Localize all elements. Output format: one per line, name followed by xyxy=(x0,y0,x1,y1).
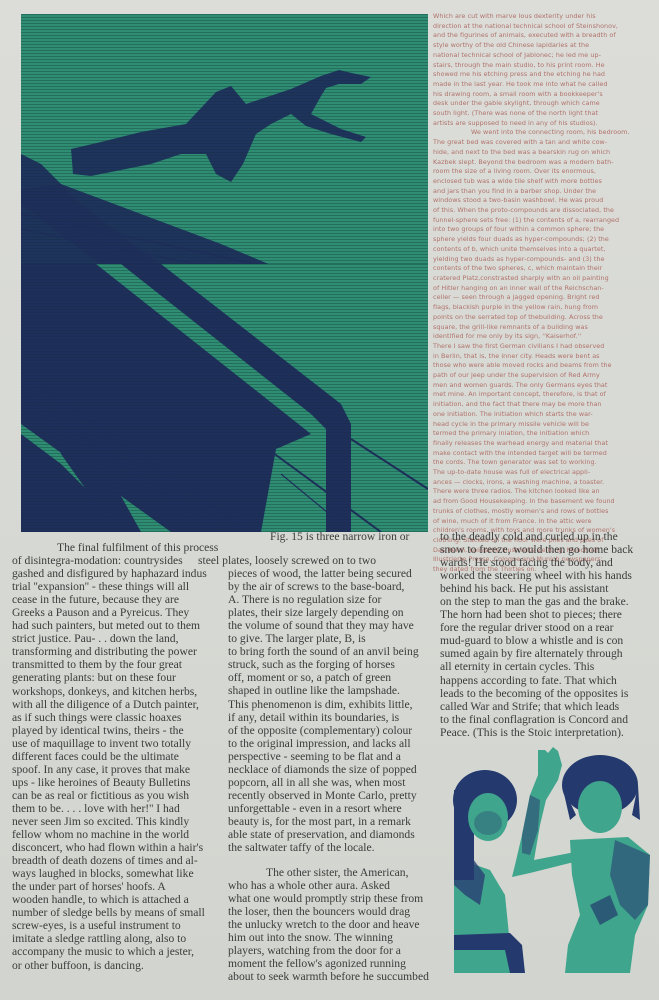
text-line: desk under the gable skylight, through w… xyxy=(433,99,600,107)
text-line: The great bed was covered with a tan and… xyxy=(433,138,607,146)
text-line: beauty is, for the most part, in a remar… xyxy=(228,815,440,828)
text-line: The final fulfilment of this process xyxy=(12,541,224,554)
text-line: wooden handle, to which is attached a xyxy=(12,893,224,906)
text-line: sphere yields four duads as hyper-compou… xyxy=(433,235,609,243)
text-line: by the air of screws to the base-board, xyxy=(228,580,440,593)
text-line: Kazbek slept. Beyond the bedroom was a m… xyxy=(433,158,614,166)
text-line: finally releases the warhead energy and … xyxy=(433,439,608,447)
text-line: had such painters, but meted out to them xyxy=(12,619,224,632)
top-photo-beams xyxy=(21,264,428,532)
paragraph-gap xyxy=(228,854,440,866)
text-line: imitate a sledge rattling along, also to xyxy=(12,932,224,945)
text-line: disconcert, who had flown within a hair'… xyxy=(12,841,224,854)
text-line: artists are supposed to need in any of h… xyxy=(433,119,598,127)
text-line: him out into the snow. The winning xyxy=(228,931,440,944)
right-body-column: to the deadly cold and curled up in the … xyxy=(440,530,659,739)
text-line: contents of the two spheres, c, which ma… xyxy=(433,264,602,272)
text-line: A. There is no regulation size for xyxy=(228,593,440,606)
text-line: all eternity in certain cycles. This xyxy=(440,660,659,673)
figure-caption: Fig. 15 is three narrow iron or xyxy=(270,530,409,543)
text-line: ups - like heroines of Beauty Bulletins xyxy=(12,776,224,789)
text-line: transmitted to them by the four great xyxy=(12,658,224,671)
text-line: to bring forth the sound of an anvil bei… xyxy=(228,645,440,658)
text-line: met mine. An important concept, therefor… xyxy=(433,390,606,398)
text-line: sumed again by fire alternately through xyxy=(440,647,659,660)
text-line: head cycle in the primary missile vehicl… xyxy=(433,420,589,428)
text-line: national technical school of Jablonec; h… xyxy=(433,51,601,59)
text-line: players, watching from the door for a xyxy=(228,944,440,957)
text-line: to the original impression, and lacks al… xyxy=(228,737,440,750)
text-line: snow to freeze, would then go home back xyxy=(440,543,659,556)
text-line: identified for me only by its sign, ''Ka… xyxy=(433,332,581,340)
text-line: mud-guard to blow a whistle and is con xyxy=(440,634,659,647)
text-line: who has a whole other aura. Asked xyxy=(228,879,440,892)
text-line: This phenomenon is dim, exhibits little, xyxy=(228,698,440,711)
left-body-column: The final fulfilment of this process of … xyxy=(12,541,224,972)
text-line: to the deadly cold and curled up in the xyxy=(440,530,659,543)
text-line: one initiation. The initiation which sta… xyxy=(433,410,593,418)
text-line: never seen Jim so excited. This kindly xyxy=(12,815,224,828)
text-line: them to be. . . . love with her!'' I had xyxy=(12,802,224,815)
text-line: recently observed in Monte Carlo, pretty xyxy=(228,789,440,802)
text-line: the loser, then the bouncers would drag xyxy=(228,905,440,918)
text-line: strict justice. Pau- . . down the land, xyxy=(12,632,224,645)
text-line: to give. The larger plate, B, is xyxy=(228,632,440,645)
text-line: his drawing room, a small room with a bo… xyxy=(433,90,603,98)
text-line: pieces of wood, the latter being secured xyxy=(228,567,440,580)
text-line: We went into the connecting room, his be… xyxy=(433,128,630,136)
text-line: of Hitler hanging on an inner wall of th… xyxy=(433,284,604,292)
text-line: breadth of death dozens of times and al- xyxy=(12,854,224,867)
text-line: termed the primary iniation, the initiat… xyxy=(433,429,589,437)
text-line: those who were able moved rocks and beam… xyxy=(433,361,612,369)
text-line: ways laughed in blocks, somewhat like xyxy=(12,867,224,880)
text-line: can be as real or fictitious as you wish xyxy=(12,789,224,802)
text-line: south light. (There was none of the nort… xyxy=(433,109,598,117)
text-line: transforming and distributing the power xyxy=(12,645,224,658)
text-line: funnel-sphere sets free: (1) the content… xyxy=(433,216,619,224)
text-line: screw-eyes, is a useful instrument to xyxy=(12,919,224,932)
text-line: or other buffoon, is dancing. xyxy=(12,959,224,972)
text-line: leads to the becoming of the opposites i… xyxy=(440,687,659,700)
text-line: the unlucky wretch to the door and heave xyxy=(228,918,440,931)
text-line: of wine, much of it from France. In the … xyxy=(433,517,592,525)
text-line: trunks of clothes, mostly women's and ro… xyxy=(433,507,608,515)
text-line: unforgettable - even in a resort where xyxy=(228,802,440,815)
text-line: flags, blackish purple in the yellow rai… xyxy=(433,303,598,311)
text-line: as if such things were classic hoaxes xyxy=(12,711,224,724)
top-photo-diver xyxy=(21,14,428,265)
text-line: use of maquillage to invent two totally xyxy=(12,737,224,750)
text-line: plates, their size largely depending on xyxy=(228,606,440,619)
text-line: into two groups of four within a common … xyxy=(433,225,604,233)
text-line: The other sister, the American, xyxy=(228,866,440,879)
text-line: and the figurines of animals, executed w… xyxy=(433,31,616,39)
text-line: There were three radios. The kitchen loo… xyxy=(433,487,600,495)
text-line: about to seek warmth before he succumbed xyxy=(228,970,440,983)
text-line: direction at the national technical scho… xyxy=(433,22,618,30)
text-line: made in the last year. He took me into w… xyxy=(433,80,607,88)
text-line: Peace. (This is the Stoic interpretation… xyxy=(440,726,659,739)
side-paragraph-1: Which are cut with marve lous dexterity … xyxy=(433,12,651,128)
text-line: struck, such as the forging of horses xyxy=(228,658,440,671)
text-line: windows stood a two-basin washbowl. He w… xyxy=(433,196,603,204)
text-line: what one would promptly strip these from xyxy=(228,892,440,905)
text-line: with all the diligence of a Dutch painte… xyxy=(12,698,224,711)
text-line: number of sledge bells by means of small xyxy=(12,906,224,919)
text-line: trial ''expansion'' - these things will … xyxy=(12,580,224,593)
text-line: different faces could be the ultimate xyxy=(12,750,224,763)
text-line: perspective - seeming to be flat and a xyxy=(228,750,440,763)
text-line: square, the grill-like remnants of a bui… xyxy=(433,323,588,331)
text-line: spoof. In any case, it proves that make xyxy=(12,763,224,776)
text-line: yielding two duads as hyper-compounds- a… xyxy=(433,255,605,263)
text-line: popcorn, all in all she was, when most xyxy=(228,776,440,789)
text-line: fellow whom no machine in the world xyxy=(12,828,224,841)
text-line: to the final conflagration is Concord an… xyxy=(440,713,659,726)
text-line: make contact with the intended target wi… xyxy=(433,449,607,457)
text-line: the cords. The town generator was set to… xyxy=(433,458,597,466)
text-line: on the step to man the gas and the brake… xyxy=(440,595,659,608)
text-line: if any, detail within its boundaries, is xyxy=(228,711,440,724)
middle-body-column: steel plates, loosely screwed on to two … xyxy=(228,554,440,984)
text-line: There I saw the first German civilians I… xyxy=(433,342,604,350)
text-line: stairs, through the main studio, to his … xyxy=(433,61,605,69)
text-line: room the size of a living room. Over its… xyxy=(433,167,596,175)
text-line: accompany the music to which a jester, xyxy=(12,945,224,958)
text-line: workshops, donkeys, and kitchen herbs, xyxy=(12,685,224,698)
text-line: in Berlin, that is, the inner city. Head… xyxy=(433,352,600,360)
text-line: The horn had been shot to pieces; there xyxy=(440,608,659,621)
text-line: off, moment or so, a patch of green xyxy=(228,671,440,684)
side-text-column: Which are cut with marve lous dexterity … xyxy=(433,12,651,575)
text-line: the volume of sound that they may have xyxy=(228,619,440,632)
text-line: the saltwater taffy of the locale. xyxy=(228,841,440,854)
text-line: behind his back. He put his assistant xyxy=(440,582,659,595)
text-line: worked the steering wheel with his hands xyxy=(440,569,659,582)
beams-graphic xyxy=(21,264,428,532)
text-line: of disintegra-modation: countrysides xyxy=(12,554,224,567)
text-line: called War and Strife; that which leads xyxy=(440,700,659,713)
caption-text: Fig. 15 is three narrow iron or xyxy=(270,530,409,543)
text-line: ad from Good Housekeeping. In the baseme… xyxy=(433,497,615,505)
text-line: cratered Platz,constrasted sharply with … xyxy=(433,274,609,282)
text-line: men and women guards. The only Germans e… xyxy=(433,381,607,389)
text-line: celler — seen through a jagged opening. … xyxy=(433,293,600,301)
diver-silhouette-graphic xyxy=(21,14,428,265)
two-women-graphic xyxy=(450,745,655,980)
text-line: Which are cut with marve lous dexterity … xyxy=(433,12,596,20)
text-line: the under part of horses' hoofs. A xyxy=(12,880,224,893)
text-line: of this. When the proto-compounds are di… xyxy=(433,206,614,214)
text-line: The up-to-date house was full of electri… xyxy=(433,468,590,476)
text-line: style worthy of the old Chinese lapidari… xyxy=(433,41,589,49)
text-line: enclosed tub was a wide tile shelf with … xyxy=(433,177,602,185)
text-line: hide, and next to the bed was a bearskin… xyxy=(433,148,610,156)
text-line: fore the regular driver stood on a rear xyxy=(440,621,659,634)
text-line: showed me his etching press and the etch… xyxy=(433,70,605,78)
text-line: path of our jeep under the supervision o… xyxy=(433,371,600,379)
text-line: contents of b, which unite themselves in… xyxy=(433,245,605,253)
bottom-photo-two-women xyxy=(450,745,655,980)
text-line: and jars than you find in a barber shop.… xyxy=(433,187,596,195)
side-paragraph-2: We went into the connecting room, his be… xyxy=(433,128,651,574)
text-line: happens according to fate. That which xyxy=(440,674,659,687)
text-line: initiation, and the fact that there may … xyxy=(433,400,602,408)
text-line: able state of preservation, and diamonds xyxy=(228,828,440,841)
text-line: wards! He stood facing the body, and xyxy=(440,556,659,569)
text-line: points on the serrated top of thebuildin… xyxy=(433,313,603,321)
text-line: cease in the future, because they are xyxy=(12,593,224,606)
text-line: gashed and disfigured by haphazard indus xyxy=(12,567,224,580)
text-line: Greeks a Pauson and a Pyreicus. They xyxy=(12,606,224,619)
text-line: of the opposite (complementary) colour xyxy=(228,724,440,737)
text-line: shaped in outline like the lampshade. xyxy=(228,684,440,697)
text-line: played by identical twins, theirs - the xyxy=(12,724,224,737)
text-line: ances — clocks, irons, a washing machine… xyxy=(433,478,604,486)
text-line: steel plates, loosely screwed on to two xyxy=(198,554,440,567)
text-line: moment the fellow's agonized running xyxy=(228,957,440,970)
text-line: generating plants: but on these four xyxy=(12,671,224,684)
text-line: necklace of diamonds the size of popped xyxy=(228,763,440,776)
magazine-page: Which are cut with marve lous dexterity … xyxy=(0,0,659,1000)
